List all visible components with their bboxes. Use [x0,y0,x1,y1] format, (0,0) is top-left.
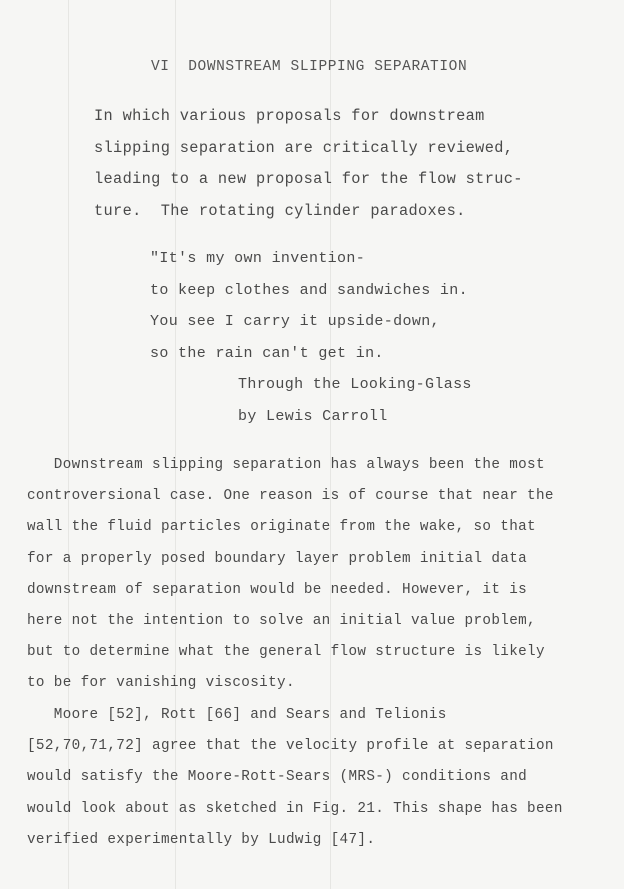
paragraph-2-line: verified experimentally by Ludwig [47]. [27,831,375,849]
epigraph-line: so the rain can't get in. [150,345,384,363]
paragraph-1-line: for a properly posed boundary layer prob… [27,550,527,568]
summary-line: ture. The rotating cylinder paradoxes. [94,202,466,220]
paragraph-1-line: controversional case. One reason is of c… [27,487,554,505]
paragraph-1-line: Downstream slipping separation has alway… [27,456,545,474]
epigraph-author: by Lewis Carroll [238,408,388,426]
paragraph-2-line: [52,70,71,72] agree that the velocity pr… [27,737,554,755]
paragraph-1-line: wall the fluid particles originate from … [27,518,536,536]
paragraph-2-line: would satisfy the Moore-Rott-Sears (MRS-… [27,768,527,786]
paragraph-1-line: here not the intention to solve an initi… [27,612,536,630]
chapter-title: DOWNSTREAM SLIPPING SEPARATION [188,59,467,75]
paragraph-1-line: but to determine what the general flow s… [27,643,545,661]
summary-line: slipping separation are critically revie… [94,139,513,157]
epigraph-line: to keep clothes and sandwiches in. [150,282,468,300]
summary-line: leading to a new proposal for the flow s… [94,170,523,188]
epigraph-line: You see I carry it upside-down, [150,313,440,331]
paragraph-2-line: would look about as sketched in Fig. 21.… [27,800,563,818]
epigraph-source: Through the Looking-Glass [238,376,472,394]
chapter-number: VI [151,59,170,75]
summary-line: In which various proposals for downstrea… [94,107,485,125]
chapter-heading: VI DOWNSTREAM SLIPPING SEPARATION [151,58,467,76]
paragraph-2-line: Moore [52], Rott [66] and Sears and Teli… [27,706,447,724]
paragraph-1-line: downstream of separation would be needed… [27,581,527,599]
paragraph-1-line: to be for vanishing viscosity. [27,674,295,692]
epigraph-line: "It's my own invention- [150,250,365,268]
